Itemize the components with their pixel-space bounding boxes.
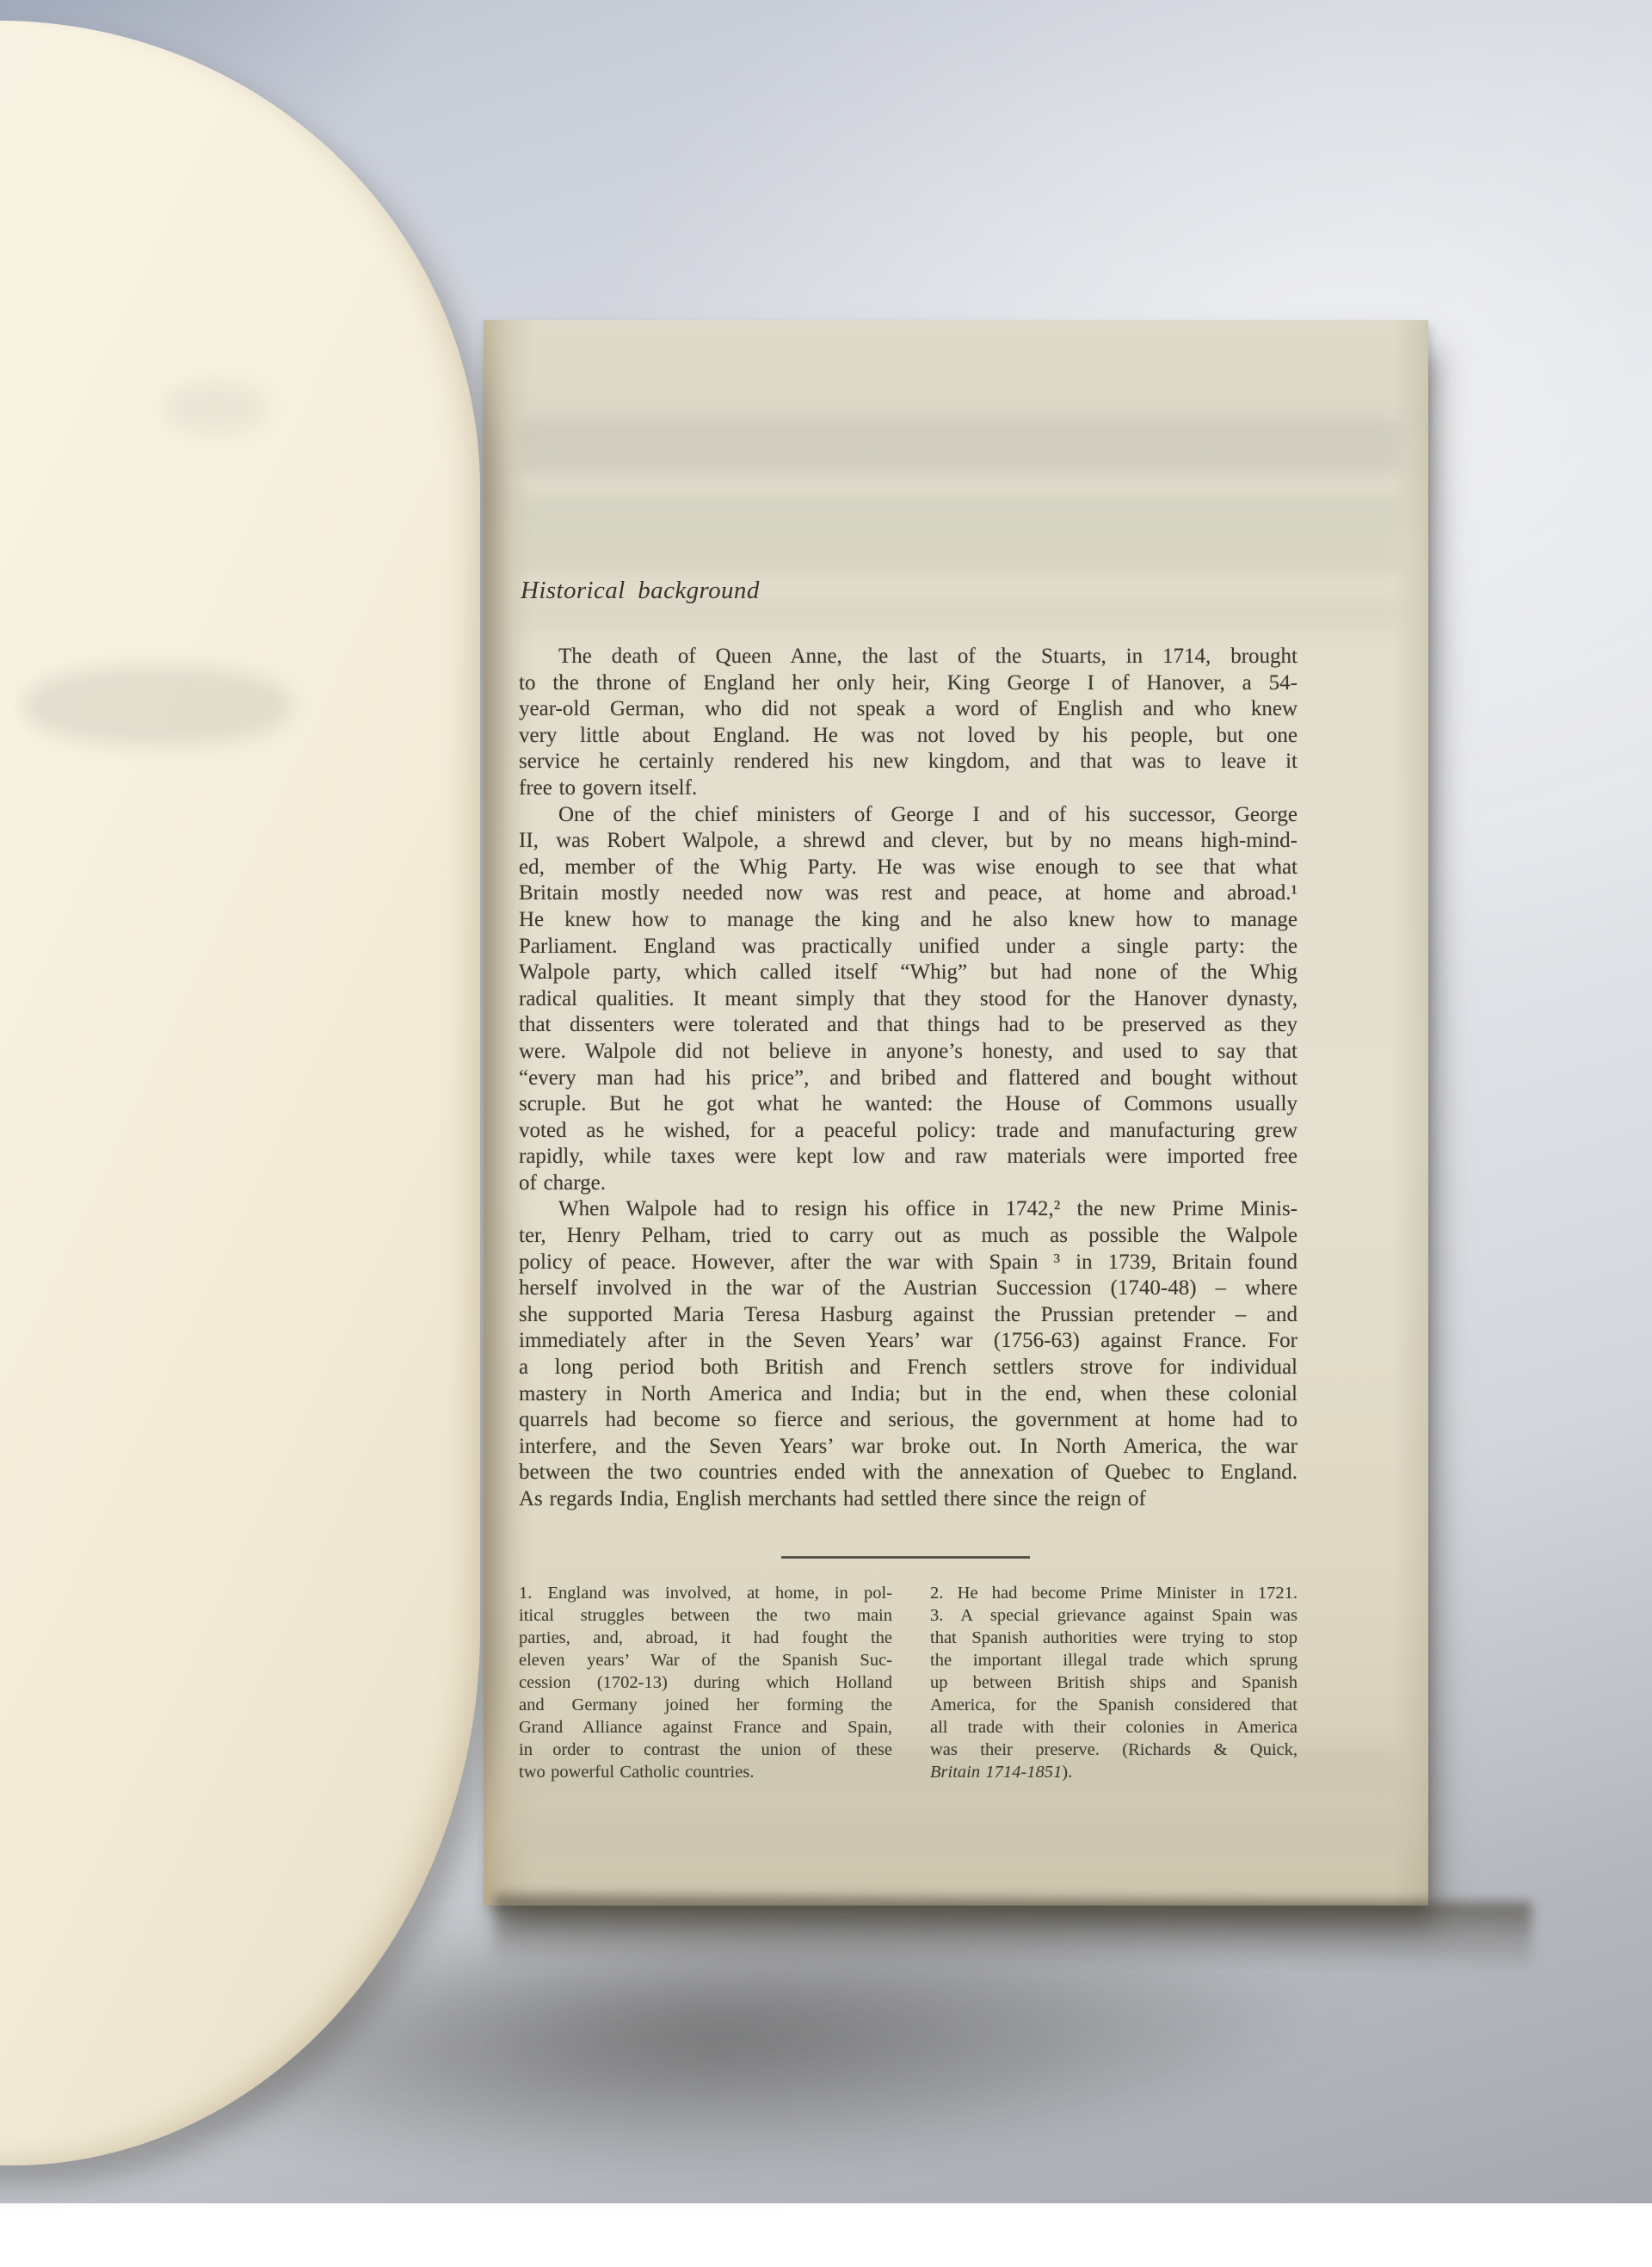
footnotes: 1. England was involved, at home, in pol…: [519, 1582, 1298, 1783]
text-line: policy of peace. However, after the war …: [519, 1250, 1298, 1276]
text-line: she supported Maria Teresa Hasburg again…: [519, 1302, 1298, 1329]
text-line: a long period both British and French se…: [519, 1355, 1298, 1381]
text-line: “every man had his price”, and bribed an…: [519, 1066, 1298, 1092]
text-line: voted as he wished, for a peaceful polic…: [519, 1118, 1298, 1145]
footnote-rule: [781, 1556, 1030, 1559]
text-line: When Walpole had to resign his office in…: [519, 1196, 1298, 1223]
text-line: that dissenters were tolerated and that …: [519, 1012, 1298, 1039]
text-line: between the two countries ended with the…: [519, 1460, 1298, 1486]
text-line: mastery in North America and India; but …: [519, 1381, 1298, 1408]
text-line: rapidly, while taxes were kept low and r…: [519, 1144, 1298, 1171]
text-line: in order to contrast the union of these: [519, 1739, 892, 1761]
text-line: two powerful Catholic countries.: [519, 1761, 892, 1783]
text-line: that Spanish authorities were trying to …: [930, 1627, 1298, 1649]
text-line: quarrels had become so fierce and seriou…: [519, 1407, 1298, 1434]
text-line: He knew how to manage the king and he al…: [519, 907, 1298, 934]
text-line: 2. He had become Prime Minister in 1721.: [930, 1582, 1298, 1604]
text-line: up between British ships and Spanish: [930, 1671, 1298, 1694]
left-book-page: [0, 21, 480, 2165]
text-line: were. Walpole did not believe in anyone’…: [519, 1039, 1298, 1066]
text-line: eleven years’ War of the Spanish Suc-: [519, 1649, 892, 1671]
text-line: to the throne of England her only heir, …: [519, 670, 1298, 697]
text-line: Grand Alliance against France and Spain,: [519, 1716, 892, 1739]
text-line: immediately after in the Seven Years’ wa…: [519, 1328, 1298, 1355]
showthrough-band: [520, 1807, 1399, 1852]
text-line: scruple. But he got what he wanted: the …: [519, 1091, 1298, 1118]
book-photo: Historical background The death of Queen…: [0, 0, 1652, 2203]
text-line: cession (1702-13) during which Holland: [519, 1671, 892, 1694]
page-content: Historical background The death of Queen…: [519, 320, 1298, 1783]
text-line: itical struggles between the two main: [519, 1604, 892, 1627]
page-bottom-shadow: [495, 1895, 1532, 1978]
text-line: Britain mostly needed now was rest and p…: [519, 880, 1298, 907]
text-line: II, was Robert Walpole, a shrewd and cle…: [519, 828, 1298, 855]
text-line: was their preserve. (Richards & Quick,: [930, 1739, 1298, 1761]
text-line: the important illegal trade which sprung: [930, 1649, 1298, 1671]
footnote-column-left: 1. England was involved, at home, in pol…: [519, 1582, 892, 1783]
text-line: One of the chief ministers of George I a…: [519, 802, 1298, 829]
text-line: year-old German, who did not speak a wor…: [519, 696, 1298, 723]
text-line: 1. England was involved, at home, in pol…: [519, 1582, 892, 1604]
text-line: parties, and, abroad, it had fought the: [519, 1627, 892, 1649]
text-line: very little about England. He was not lo…: [519, 723, 1298, 750]
text-line: radical qualities. It meant simply that …: [519, 986, 1298, 1013]
text-line: interfere, and the Seven Years’ war brok…: [519, 1434, 1298, 1461]
text-line: and Germany joined her forming the: [519, 1694, 892, 1716]
right-book-page: Historical background The death of Queen…: [484, 320, 1428, 1906]
text-line: America, for the Spanish considered that: [930, 1694, 1298, 1716]
body-text: The death of Queen Anne, the last of the…: [519, 644, 1298, 1513]
paragraph: One of the chief ministers of George I a…: [519, 802, 1298, 1197]
text-line: service he certainly rendered his new ki…: [519, 749, 1298, 775]
paragraph: When Walpole had to resign his office in…: [519, 1196, 1298, 1512]
text-line: 3. A special grievance against Spain was: [930, 1604, 1298, 1627]
text-line: free to govern itself.: [519, 775, 1298, 802]
text-line: Parliament. England was practically unif…: [519, 934, 1298, 961]
text-line: ed, member of the Whig Party. He was wis…: [519, 855, 1298, 881]
text-line: As regards India, English merchants had …: [519, 1486, 1298, 1513]
text-line: of charge.: [519, 1171, 1298, 1197]
text-line: herself involved in the war of the Austr…: [519, 1276, 1298, 1302]
text-line: The death of Queen Anne, the last of the…: [519, 644, 1298, 670]
page-heading: Historical background: [521, 575, 1298, 606]
paragraph: The death of Queen Anne, the last of the…: [519, 644, 1298, 802]
footnote-column-right: 2. He had become Prime Minister in 1721.…: [930, 1582, 1298, 1783]
ghost-showthrough: [24, 666, 291, 745]
text-line: Walpole party, which called itself “Whig…: [519, 960, 1298, 986]
text-line: Britain 1714-1851).: [930, 1761, 1298, 1783]
ghost-showthrough: [163, 382, 267, 434]
text-line: ter, Henry Pelham, tried to carry out as…: [519, 1223, 1298, 1250]
text-line: all trade with their colonies in America: [930, 1716, 1298, 1739]
